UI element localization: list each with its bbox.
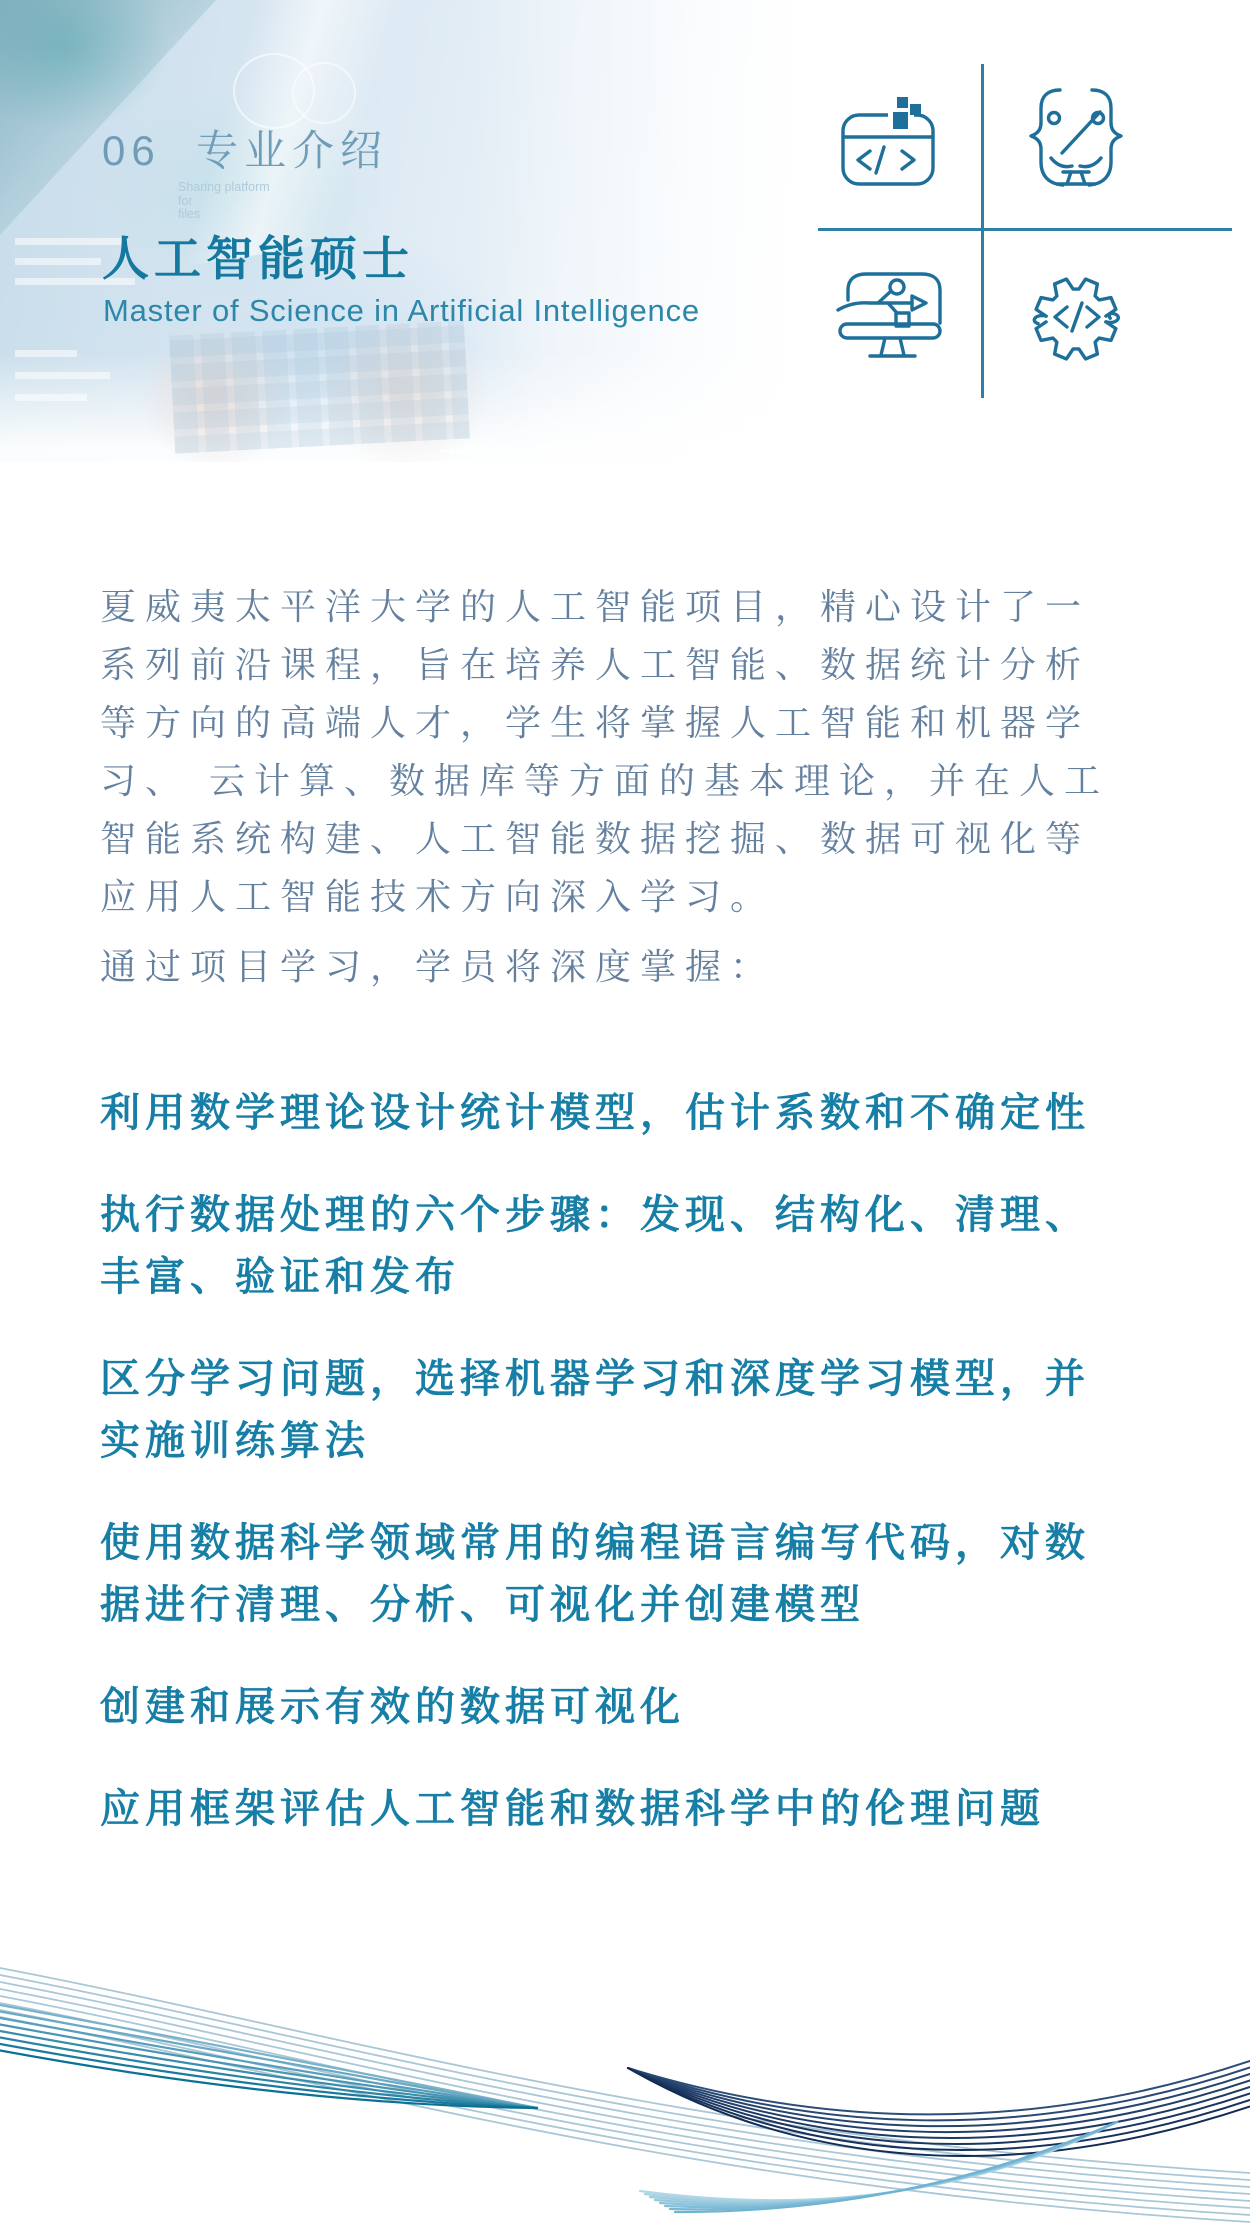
- hero-watermark: Sharing platform for files: [178, 181, 270, 222]
- hero-dashed-line: [440, 450, 578, 453]
- horizontal-divider-line: [818, 228, 1232, 231]
- browser-code-icon: [840, 95, 936, 187]
- monitor-usb-icon: [836, 266, 946, 372]
- outcome-item: 区分学习问题，选择机器学习和深度学习模型，并实施训练算法: [100, 1348, 1112, 1472]
- lead-in-line: 通过项目学习，学员将深度掌握：: [100, 938, 1112, 996]
- hero-watermark-line: for: [178, 195, 270, 209]
- hero-photo-ring: [292, 62, 356, 124]
- hero-photo-bar: [15, 372, 110, 379]
- hero-photo-bar: [15, 258, 101, 265]
- hero-photo-bar: [15, 394, 87, 401]
- gear-code-icon: [1026, 267, 1126, 369]
- intro-paragraph: 夏威夷太平洋大学的人工智能项目，精心设计了一系列前沿课程，旨在培养人工智能、数据…: [100, 578, 1112, 926]
- page-title: 人工智能硕士: [102, 222, 414, 289]
- section-label: 06 专业介绍: [102, 118, 388, 178]
- hero-watermark-line: Sharing platform: [178, 181, 270, 195]
- hero-watermark-line: files: [178, 208, 270, 222]
- outcome-item: 使用数据科学领域常用的编程语言编写代码，对数据进行清理、分析、可视化并创建模型: [100, 1512, 1112, 1636]
- page-subtitle: Master of Science in Artificial Intellig…: [103, 293, 700, 329]
- hero-banner: 06 专业介绍 Sharing platform for files 人工智能硕…: [0, 0, 808, 462]
- hero-photo-bar: [15, 350, 77, 357]
- vertical-divider-line: [981, 64, 984, 398]
- ai-faces-icon: [1016, 85, 1136, 193]
- outcome-list: 利用数学理论设计统计模型，估计系数和不确定性执行数据处理的六个步骤：发现、结构化…: [100, 1082, 1112, 1840]
- wave-decoration: [0, 1893, 1250, 2223]
- outcome-item: 利用数学理论设计统计模型，估计系数和不确定性: [100, 1082, 1112, 1144]
- brochure-page: 06 专业介绍 Sharing platform for files 人工智能硕…: [0, 0, 1250, 2223]
- main-content: 夏威夷太平洋大学的人工智能项目，精心设计了一系列前沿课程，旨在培养人工智能、数据…: [100, 578, 1112, 1840]
- hero-photo-keyboard: [169, 320, 470, 453]
- outcome-item: 创建和展示有效的数据可视化: [100, 1676, 1112, 1738]
- outcome-item: 执行数据处理的六个步骤：发现、结构化、清理、丰富、验证和发布: [100, 1184, 1112, 1308]
- outcome-item: 应用框架评估人工智能和数据科学中的伦理问题: [100, 1778, 1112, 1840]
